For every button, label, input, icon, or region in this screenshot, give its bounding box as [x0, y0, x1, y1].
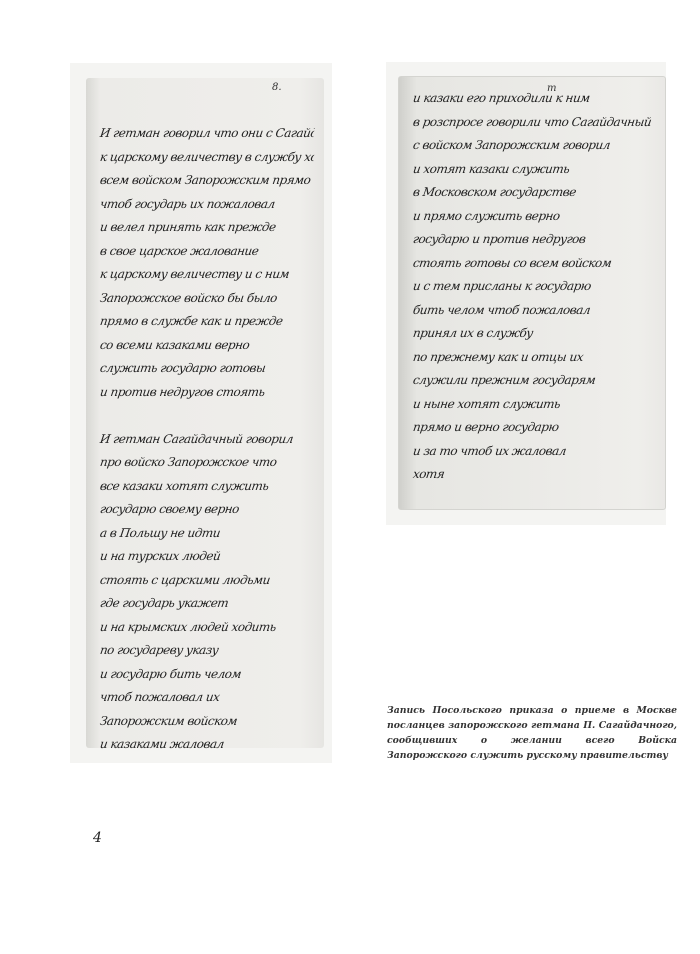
manuscript-line: и прямо служить верно — [412, 209, 656, 223]
manuscript-line: чтоб пожаловал их — [99, 690, 315, 704]
manuscript-line: и казаки его приходили к ним — [412, 91, 656, 105]
manuscript-line: и хотят казаки служить — [412, 162, 656, 176]
manuscript-line: и на крымских людей ходить — [99, 620, 315, 634]
manuscript-line: прямо и верно государю — [412, 420, 656, 434]
manuscript-line: про войско Запорожское что — [99, 455, 315, 469]
manuscript-line: Запорожское войско бы было — [99, 291, 315, 305]
manuscript-line — [99, 408, 315, 422]
manuscript-line: к царскому величеству в службу хотят — [99, 150, 315, 164]
manuscript-line: а в Польшу не идти — [99, 526, 315, 540]
manuscript-line: стоять с царскими людьми — [99, 573, 315, 587]
manuscript-line: где государь укажет — [99, 596, 315, 610]
manuscript-line: и велел принять как прежде — [99, 220, 315, 234]
manuscript-line: Запорожским войском — [99, 714, 315, 728]
manuscript-line: и за то чтоб их жаловал — [412, 444, 656, 458]
manuscript-line: бить челом чтоб пожаловал — [412, 303, 656, 317]
manuscript-line: и ныне хотят служить — [412, 397, 656, 411]
manuscript-line: прямо в службе как и прежде — [99, 314, 315, 328]
manuscript-line: и на турских людей — [99, 549, 315, 563]
manuscript-line: хотя — [412, 467, 656, 481]
manuscript-line: служили прежним государям — [412, 373, 656, 387]
figure-caption: Запись Посольского приказа о приеме в Мо… — [387, 703, 677, 763]
manuscript-line: и с тем присланы к государю — [412, 279, 656, 293]
manuscript-line: государю и против недругов — [412, 232, 656, 246]
manuscript-line: государю своему верно — [99, 502, 315, 516]
left-folio-mark: 8. — [272, 82, 282, 93]
manuscript-line: и казаками жаловал — [99, 737, 315, 751]
manuscript-line: служить государю готовы — [99, 361, 315, 375]
manuscript-line: по прежнему как и отцы их — [412, 350, 656, 364]
manuscript-line: по государеву указу — [99, 643, 315, 657]
page-number: 4 — [93, 830, 102, 846]
manuscript-line: всем войском Запорожским прямо — [99, 173, 315, 187]
manuscript-line: И гетман говорил что они с Сагайдачным — [99, 126, 315, 140]
manuscript-line: стоять готовы со всем войском — [412, 256, 656, 270]
manuscript-line: с войском Запорожским говорил — [412, 138, 656, 152]
manuscript-line: чтоб государь их пожаловал — [99, 197, 315, 211]
left-manuscript-leaf: 8. И гетман говорил что они с Сагайдачны… — [86, 78, 324, 748]
manuscript-line: в Московском государстве — [412, 185, 656, 199]
manuscript-line: со всеми казаками верно — [99, 338, 315, 352]
manuscript-line: в розспросе говорили что Сагайдачный — [412, 115, 656, 129]
right-manuscript-leaf: m и казаки его приходили к нимв розспрос… — [398, 76, 666, 510]
manuscript-line: к царскому величеству и с ним — [99, 267, 315, 281]
manuscript-line: принял их в службу — [412, 326, 656, 340]
manuscript-line: в свое царское жалование — [99, 244, 315, 258]
manuscript-line: и против недругов стоять — [99, 385, 315, 399]
manuscript-line: И гетман Сагайдачный говорил — [99, 432, 315, 446]
manuscript-line: и государю бить челом — [99, 667, 315, 681]
manuscript-line: все казаки хотят служить — [99, 479, 315, 493]
